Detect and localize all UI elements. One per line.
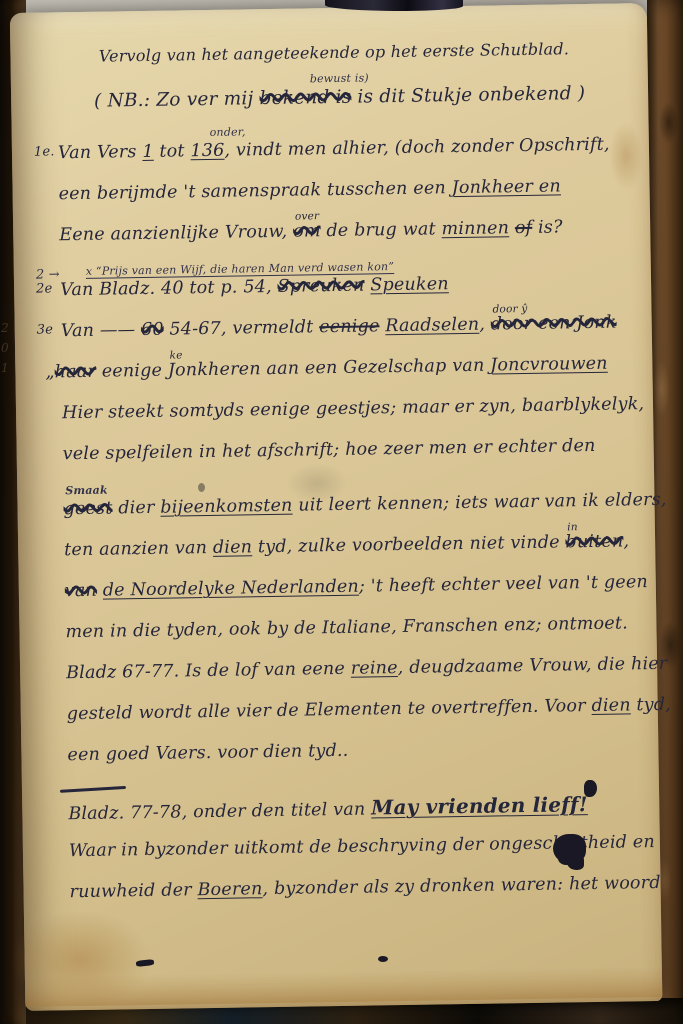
interlinear-insertion: in [567, 520, 578, 534]
photograph: Vervolg van het aangeteekende op het eer… [0, 0, 683, 1024]
margin-number: 2e [36, 280, 53, 298]
blad-67-line-1: Bladz 67-77. Is de lof van eene reine, d… [66, 653, 631, 692]
text-segment: , deugdzaame Vrouw, die hier [398, 654, 668, 678]
text-segment: ; 't heeft echter veel van 't geen [359, 572, 648, 597]
text-segment: de brug wat [320, 219, 441, 241]
text-segment: bewust is) [310, 71, 369, 85]
text-segment: tot [154, 141, 191, 162]
text-segment: 136 [190, 141, 224, 162]
text-segment: Bladz. 77-78, onder den titel van [68, 799, 371, 824]
blad-67-line-3: een goed Vaers. voor dien tyd.. [67, 735, 632, 774]
text-segment: uit leert kennen; iets waar van ik elder… [292, 490, 666, 516]
text-segment: aan een Gezelschap van [261, 356, 491, 380]
text-segment: 1 [142, 142, 154, 162]
text-segment: dien [591, 695, 631, 716]
blad-77-line-1: Bladz. 77-78, onder den titel van May vr… [68, 790, 633, 829]
para-line-4: ten aanzien van dien tyd, zulke voorbeel… [64, 530, 629, 569]
text-segment: haar [55, 362, 97, 383]
text-segment: , [623, 531, 629, 551]
text-segment: May vrienden lieff! [371, 792, 588, 819]
text-segment: ten aanzien van [64, 538, 213, 560]
text-segment: om [293, 221, 321, 241]
edge-mark: 0 [1, 338, 15, 358]
edge-mark: 1 [1, 358, 15, 378]
interlinear-insertion: ke [170, 348, 183, 362]
text-segment: of [515, 218, 533, 238]
text-segment: keJonkheren [168, 358, 261, 383]
text-segment: is dit Stukje onbekend ) [351, 83, 585, 108]
text-segment: , vindt men alhier, (doch zonder Opschri… [224, 135, 610, 161]
item-1-line-2: een berijmde 't samenspraak tusschen een… [58, 174, 623, 213]
text-segment: bijeenkomsten [160, 496, 292, 518]
text-segment: dien [213, 537, 253, 558]
text-segment: Boeren [197, 879, 262, 900]
text-segment: is? [532, 217, 563, 237]
text-segment: tyd, zulke voorbeelden niet vinde [252, 532, 566, 557]
text-segment: van [65, 581, 98, 602]
text-segment: Spreuken [277, 276, 364, 297]
text-segment: Hier steekt somtyds eenige geestjes; maa… [62, 394, 644, 423]
text-segment: Speuken [370, 274, 449, 295]
text-segment: ( NB.: Zo ver mij [94, 88, 260, 112]
text-segment: gesteld wordt alle vier de Elementen te … [67, 696, 592, 724]
para-line-5: van de Noordelyke Nederlanden; 't heeft … [65, 571, 630, 610]
interlinear-insertion: door ŷ [492, 302, 527, 317]
heading: Vervolg van het aangeteekende op het eer… [56, 37, 621, 72]
blad-67-line-2: gesteld wordt alle vier de Elementen te … [67, 694, 632, 733]
text-segment: Van —— [61, 320, 142, 341]
margin-number: 1e. [34, 143, 55, 161]
margin-number: 3e [37, 321, 54, 339]
text-segment: Jonkheer en [452, 176, 561, 198]
text-segment: 60 [141, 320, 164, 340]
edge-mark: 2 [1, 318, 15, 338]
blad-77-line-3: ruuwheid der Boeren, byzonder als zy dro… [69, 872, 634, 911]
ink-blot [553, 834, 586, 864]
text-segment: tyd, [631, 695, 672, 716]
text-segment: Vervolg van het aangeteekende op het eer… [99, 39, 570, 65]
text-segment: Smaak [65, 484, 108, 498]
text-segment: ruuwheid der [69, 880, 197, 902]
text-segment: een goed Vaers. voor dien tyd.. [67, 741, 348, 765]
text-segment: Bladz 67-77. Is de lof van eene [66, 659, 351, 683]
text-segment: eenige [319, 316, 380, 337]
para-line-1: Hier steekt somtyds eenige geestjes; maa… [62, 393, 627, 432]
text-segment: Van Vers [58, 142, 143, 163]
text-segment: buiten [565, 531, 623, 552]
para-line-2: vele spelfeilen in het afschrift; hoe ze… [63, 434, 628, 473]
text-segment: vele spelfeilen in het afschrift; hoe ze… [63, 436, 596, 464]
text-segment: eenige [96, 361, 168, 382]
ink-speck [198, 483, 205, 492]
text-segment: bekend is [259, 87, 351, 109]
text-segment: overom [293, 220, 321, 244]
text-segment: door ŷdoor een Jonk [491, 312, 617, 338]
text-segment: inbuiten [565, 530, 623, 555]
text-segment: 54-67, vermeldt [164, 317, 320, 339]
ink-speck [378, 956, 388, 962]
text-segment: , byzonder als zy dronken waren: het woo… [262, 873, 661, 899]
text-segment: een berijmde 't samenspraak tusschen een [58, 178, 451, 204]
text-segment: onder, [210, 125, 246, 139]
text-segment: men in die tyden, ook by de Italiane, Fr… [65, 613, 628, 642]
bleed-through-edge-marks: 2 0 1 [1, 318, 15, 378]
interlinear-insertion: over [295, 209, 320, 224]
para-line-6: men in die tyden, ook by de Italiane, Fr… [65, 612, 630, 651]
text-segment: dier [112, 498, 160, 519]
text-segment: , [479, 315, 491, 335]
text-segment: minnen [441, 218, 509, 239]
item-1-line-3: Eene aanzienlijke Vrouw, overom de brug … [59, 215, 624, 254]
item-3-line-1: 3eVan —— 60 54-67, vermeldt eenige Raads… [61, 311, 626, 350]
blad-77-line-2: Waar in byzonder uitkomt de beschryving … [69, 831, 634, 870]
item-3-line-2: „haar eenige keJonkheren aan een Gezelsc… [45, 352, 626, 391]
text-segment: reine [351, 658, 398, 679]
text-segment: Van Bladz. 40 tot p. 54, [60, 277, 278, 300]
text-segment: geest [63, 499, 112, 520]
text-segment: de Noordelyke Nederlanden [103, 577, 359, 601]
text-segment: Eene aanzienlijke Vrouw, [59, 222, 293, 246]
text-segment: Joncvrouwen [490, 354, 608, 376]
text-segment: Raadselen [385, 315, 479, 336]
